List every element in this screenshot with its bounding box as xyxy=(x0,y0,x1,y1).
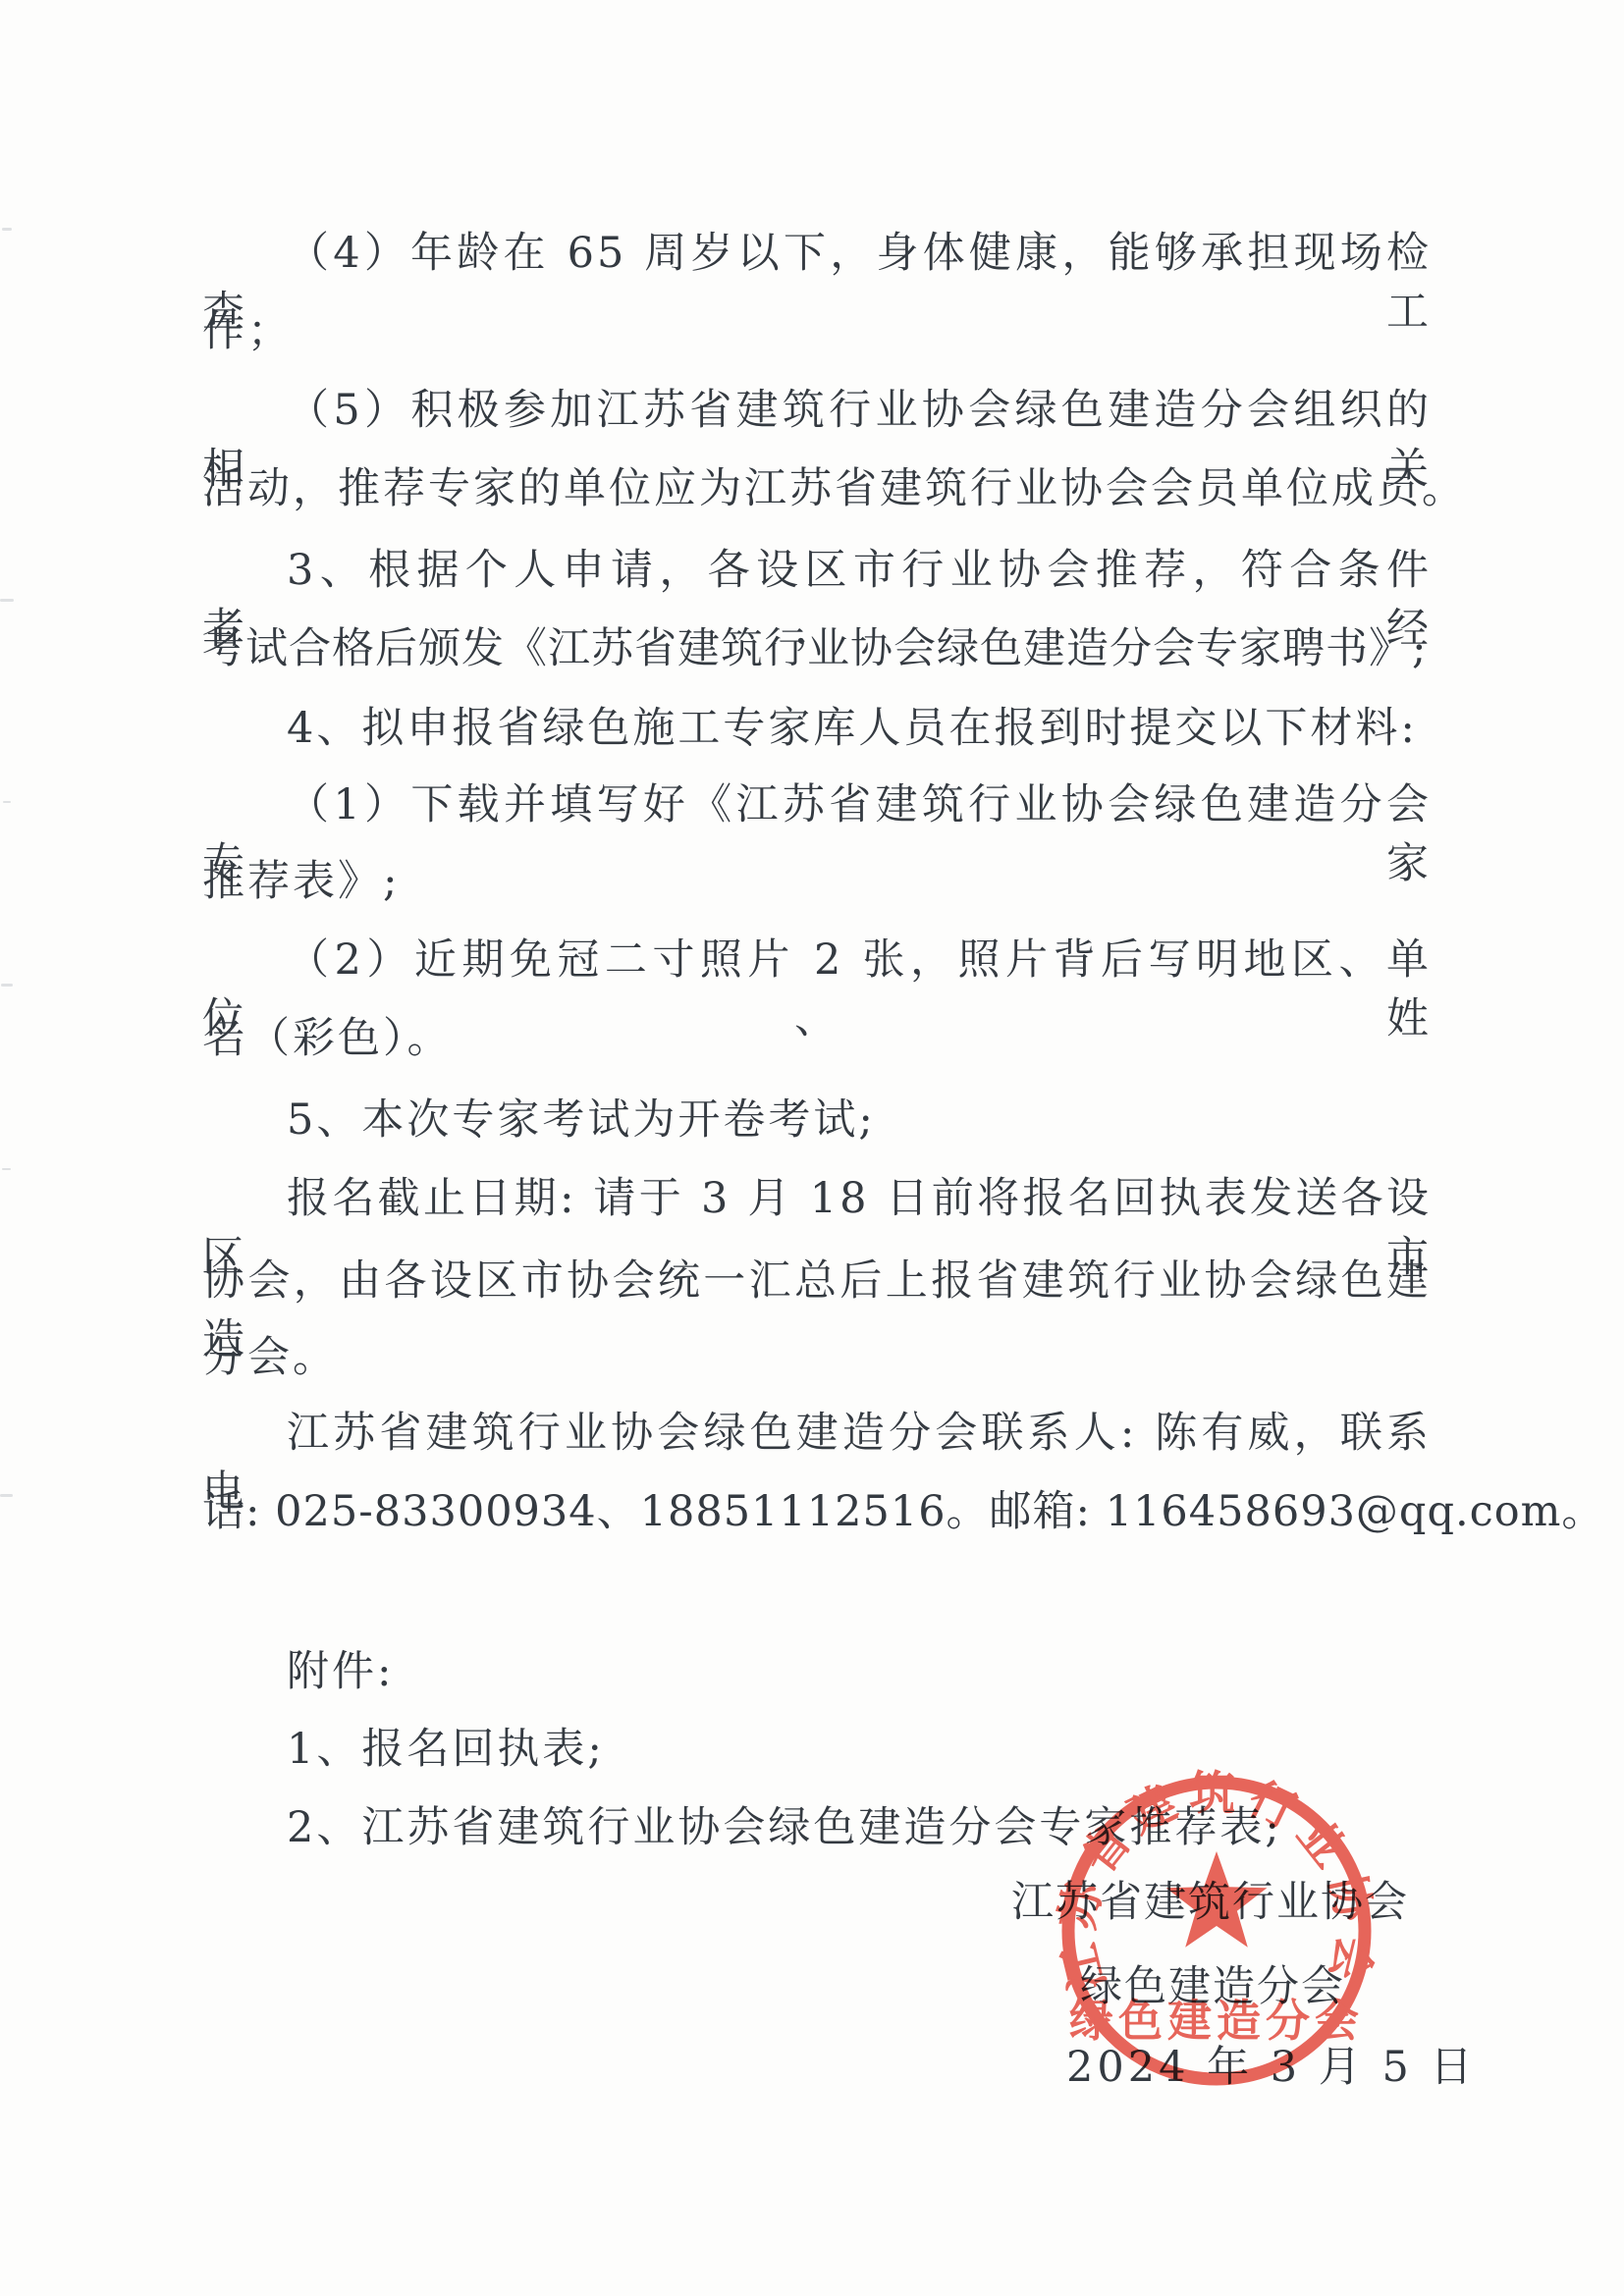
official-seal: 江苏省建筑行业协会 绿色建造分会 xyxy=(1043,1757,1390,2105)
text-line: 4、拟申报省绿色施工专家库人员在报到时提交以下材料: xyxy=(202,699,1432,758)
text-line: 考试合格后颁发《江苏省建筑行业协会绿色建造分会专家聘书》; xyxy=(202,619,1432,678)
text-line: 推荐表》; xyxy=(202,852,1432,911)
document-page: （4）年龄在 65 周岁以下，身体健康，能够承担现场检查工作；（5）积极参加江苏… xyxy=(0,0,1624,2296)
scan-artifact xyxy=(0,1494,13,1497)
text-line: 作； xyxy=(202,302,1432,361)
scan-artifact xyxy=(3,801,11,803)
scan-artifact xyxy=(1,984,13,987)
text-line: 5、本次专家考试为开卷考试; xyxy=(202,1091,1432,1149)
text-line: 名（彩色）。 xyxy=(202,1009,1432,1068)
text-line: 活动，推荐专家的单位应为江苏省建筑行业协会会员单位成员。 xyxy=(202,459,1432,518)
text-line: 分会。 xyxy=(202,1328,1432,1387)
seal-banner-text: 绿色建造分会 xyxy=(1069,1995,1364,2047)
text-line: 附件: xyxy=(202,1642,1432,1701)
text-line: 话: 025-83300934、18851112516。邮箱: 11645869… xyxy=(202,1482,1432,1541)
scan-artifact xyxy=(2,228,12,231)
star-icon xyxy=(1166,1851,1268,1948)
scan-artifact xyxy=(0,599,14,602)
scan-artifact xyxy=(2,1168,11,1170)
